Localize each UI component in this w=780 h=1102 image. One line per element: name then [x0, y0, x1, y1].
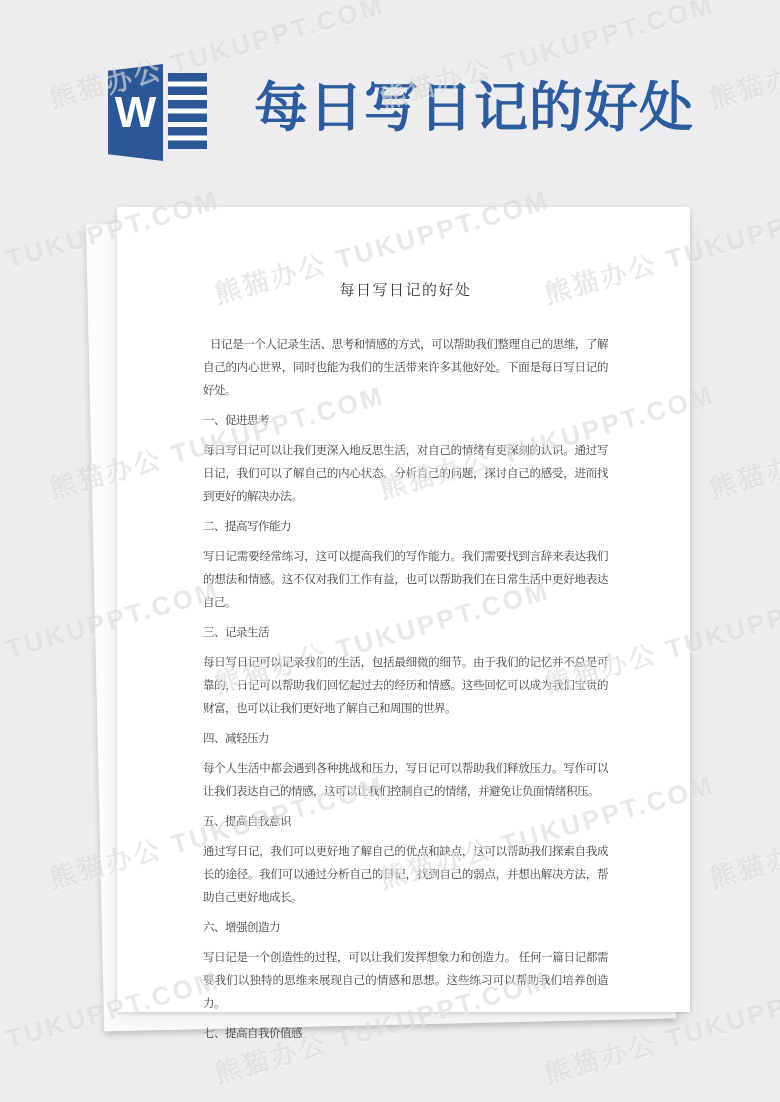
- watermark-text: 熊猫办公 TUKUPPT.COM: [705, 375, 780, 506]
- section-heading: 五、提高自我意识: [203, 811, 608, 834]
- section-body: 每日写日记可以记录我们的生活，包括最细微的细节。由于我们的记忆并不总是可靠的，日…: [203, 652, 608, 721]
- word-icon-letter: W: [115, 91, 157, 135]
- section-body: 写日记需要经常练习，这可以提高我们的写作能力。我们需要找到言辞来表达我们的想法和…: [203, 546, 608, 615]
- section-heading: 三、记录生活: [203, 622, 608, 645]
- document-intro: 日记是一个人记录生活、思考和情感的方式，可以帮助我们整理自己的思维，了解自己的内…: [203, 334, 608, 403]
- section-heading: 二、提高写作能力: [203, 516, 608, 539]
- section-heading: 四、减轻压力: [203, 728, 608, 751]
- document-section: 五、提高自我意识 通过写日记，我们可以更好地了解自己的优点和缺点，这可以帮助我们…: [203, 811, 608, 910]
- section-heading: 一、促进思考: [203, 410, 608, 433]
- document-section: 二、提高写作能力 写日记需要经常练习，这可以提高我们的写作能力。我们需要找到言辞…: [203, 516, 608, 615]
- section-heading: 七、提高自我价值感: [203, 1023, 608, 1046]
- watermark-text: 熊猫办公 TUKUPPT.COM: [705, 765, 780, 896]
- section-body: 每个人生活中都会遇到各种挑战和压力，写日记可以帮助我们释放压力。写作可以让我们表…: [203, 758, 608, 804]
- section-heading: 六、增强创造力: [203, 917, 608, 940]
- document-section: 三、记录生活 每日写日记可以记录我们的生活，包括最细微的细节。由于我们的记忆并不…: [203, 622, 608, 721]
- document-section: 四、减轻压力 每个人生活中都会遇到各种挑战和压力，写日记可以帮助我们释放压力。写…: [203, 728, 608, 804]
- page-title: 每日写日记的好处: [254, 78, 694, 138]
- word-icon-document-lines: [168, 73, 207, 149]
- section-body: 通过写日记，我们可以更好地了解自己的优点和缺点，这可以帮助我们探索自我成长的途径…: [203, 841, 608, 910]
- document-section: 六、增强创造力 写日记是一个创造性的过程，可以让我们发挥想象力和创造力。 任何一…: [203, 917, 608, 1016]
- section-body: 每日写日记可以让我们更深入地反思生活，对自己的情绪有更深刻的认识。通过写日记，我…: [203, 440, 608, 509]
- document-page: 每日写日记的好处 日记是一个人记录生活、思考和情感的方式，可以帮助我们整理自己的…: [117, 207, 690, 1012]
- word-icon: W: [108, 62, 206, 164]
- header: W 每日写日记的好处: [0, 0, 780, 180]
- document-title: 每日写日记的好处: [203, 279, 608, 300]
- word-icon-flap: W: [108, 64, 163, 161]
- section-body: 写日记是一个创造性的过程，可以让我们发挥想象力和创造力。 任何一篇日记都需要我们…: [203, 947, 608, 1016]
- document-section: 一、促进思考 每日写日记可以让我们更深入地反思生活，对自己的情绪有更深刻的认识。…: [203, 410, 608, 509]
- preview-canvas: W 每日写日记的好处 每日写日记的好处 日记是一个人记录生活、思考和情感的方式，…: [0, 0, 780, 1102]
- document-section: 七、提高自我价值感: [203, 1023, 608, 1046]
